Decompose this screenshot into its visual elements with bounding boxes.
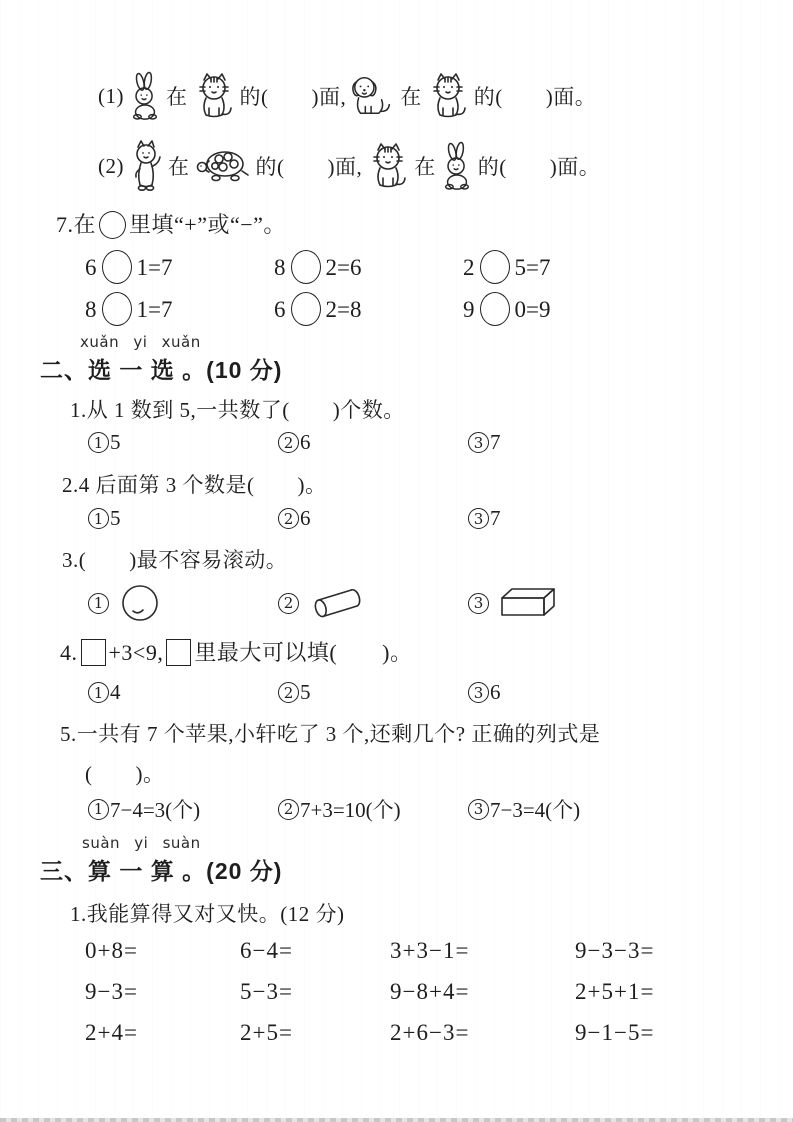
s3q1-calc-grid: 0+8= 6−4= 3+3−1= 9−3−3= 9−3= 5−3= 9−8+4=…: [85, 938, 654, 1046]
calc-item: 9−3=: [85, 979, 240, 1005]
calc-item: 9−8+4=: [390, 979, 575, 1005]
q7-header: 7.在里填“+”或“−”。: [56, 208, 286, 239]
s2q4-mid: +3<9,: [109, 640, 164, 665]
q6-line2-number: (2): [98, 154, 124, 179]
calc-item: 0+8=: [85, 938, 240, 964]
choice-option: 25: [278, 680, 468, 705]
circled-number: 2: [278, 508, 299, 529]
circled-number: 2: [278, 432, 299, 453]
s2q2-choices: 15 26 37: [88, 506, 658, 531]
choice-option: 26: [278, 506, 468, 531]
calc-item: 9−1−5=: [575, 1020, 654, 1046]
circled-number: 3: [468, 682, 489, 703]
choice-option: 26: [278, 430, 468, 455]
circled-number: 2: [278, 682, 299, 703]
s2q5-choices: 17−4=3(个) 27+3=10(个) 37−3=4(个): [88, 794, 658, 824]
choice-option: 14: [88, 680, 278, 705]
q6-line1-text1: 在: [166, 81, 188, 111]
circled-number: 3: [468, 593, 489, 614]
tiger-icon: [366, 142, 410, 190]
circled-number: 1: [88, 508, 109, 529]
q6-line1-text2: 的( )面,: [240, 81, 347, 111]
choice-option: 37−3=4(个): [468, 794, 658, 824]
section3-title: 三、算 一 算 。(20 分): [40, 853, 282, 886]
q7-equation: 81=7: [85, 292, 274, 326]
q6-line2-text2: 的( )面,: [256, 151, 363, 181]
s2q4-prefix: 4.: [60, 640, 78, 665]
s2q4-text: 4.+3<9,里最大可以填( )。: [60, 636, 412, 667]
turtle-icon: [194, 147, 252, 185]
q7-equation-row-1: 61=7 82=6 25=7: [85, 250, 652, 284]
q7-equation: 62=8: [274, 292, 463, 326]
choice-option: 2: [278, 581, 468, 625]
s3q1-text: 1.我能算得又对又快。(12 分): [70, 898, 345, 928]
blank-square: [166, 639, 191, 666]
section2-pinyin: xuǎn yi xuǎn: [80, 333, 201, 351]
blank-circle: [102, 250, 132, 284]
s2q3-choices: 1 2 3: [88, 580, 658, 626]
circled-number: 3: [468, 432, 489, 453]
blank-circle: [291, 292, 321, 326]
blank-square: [81, 639, 106, 666]
cylinder-icon: [308, 581, 368, 625]
q6-line1-text4: 的( )面。: [474, 81, 597, 111]
s2q4-choices: 14 25 36: [88, 680, 658, 705]
tiger-icon: [192, 72, 236, 120]
q6-line2-text4: 的( )面。: [478, 151, 601, 181]
q6-line-2: (2) 在 的( )面, 在: [98, 140, 600, 192]
choice-option: 15: [88, 430, 278, 455]
rabbit-icon: [128, 70, 162, 122]
circled-number: 3: [468, 799, 489, 820]
choice-option: 17−4=3(个): [88, 794, 278, 824]
calc-item: 2+4=: [85, 1020, 240, 1046]
s2q3-text: 3.( )最不容易滚动。: [62, 544, 287, 574]
q7-equation: 82=6: [274, 250, 463, 284]
q7-equation: 25=7: [463, 250, 652, 284]
q7-header-post: 里填“+”或“−”。: [129, 212, 286, 237]
choice-option: 1: [88, 580, 278, 626]
s2q1-choices: 15 26 37: [88, 430, 658, 455]
q6-line2-text3: 在: [414, 151, 436, 181]
q7-header-pre: 7.在: [56, 212, 96, 237]
q7-equation: 90=9: [463, 292, 652, 326]
calc-item: 2+5=: [240, 1020, 390, 1046]
q6-line1-text3: 在: [400, 81, 422, 111]
choice-option: 37: [468, 506, 658, 531]
s2q2-text: 2.4 后面第 3 个数是( )。: [62, 469, 327, 499]
calc-item: 3+3−1=: [390, 938, 575, 964]
cuboid-icon: [498, 584, 562, 622]
calc-item: 9−3−3=: [575, 938, 654, 964]
calc-item: 5−3=: [240, 979, 390, 1005]
blank-circle: [480, 292, 510, 326]
q6-line2-text1: 在: [168, 151, 190, 181]
circled-number: 1: [88, 593, 109, 614]
blank-circle: [480, 250, 510, 284]
choice-option: 3: [468, 584, 658, 622]
q7-equation-row-2: 81=7 62=8 90=9: [85, 292, 652, 326]
blank-circle: [291, 250, 321, 284]
section3-pinyin: suàn yi suàn: [82, 834, 201, 852]
section2-title: 二、选 一 选 。(10 分): [40, 352, 282, 385]
q6-line1-number: (1): [98, 84, 124, 109]
circled-number: 2: [278, 593, 299, 614]
q6-line-1: (1) 在 的( )面, 在: [98, 70, 596, 122]
sphere-icon: [118, 580, 164, 626]
page-bottom-edge: [0, 1118, 793, 1122]
s2q5-text-line1: 5.一共有 7 个苹果,小轩吃了 3 个,还剩几个? 正确的列式是: [60, 718, 600, 748]
worksheet-page: { "q6": { "lines": [ { "num": "(1)", "an…: [0, 0, 793, 1122]
calc-item: 2+6−3=: [390, 1020, 575, 1046]
s2q1-text: 1.从 1 数到 5,一共数了( )个数。: [70, 394, 405, 424]
circled-number: 1: [88, 799, 109, 820]
q7-equation: 61=7: [85, 250, 274, 284]
s2q4-tail: 里最大可以填( )。: [194, 640, 412, 665]
s2q5-text-line2: ( )。: [85, 758, 165, 788]
circled-number: 1: [88, 432, 109, 453]
tiger-icon: [426, 72, 470, 120]
blank-circle: [99, 211, 126, 239]
choice-option: 36: [468, 680, 658, 705]
rabbit-icon: [440, 140, 474, 192]
choice-option: 27+3=10(个): [278, 794, 468, 824]
calc-item: 6−4=: [240, 938, 390, 964]
circled-number: 1: [88, 682, 109, 703]
calc-item: 2+5+1=: [575, 979, 654, 1005]
blank-circle: [102, 292, 132, 326]
cat-icon: [128, 140, 164, 192]
dog-icon: [350, 74, 396, 118]
circled-number: 3: [468, 508, 489, 529]
choice-option: 15: [88, 506, 278, 531]
choice-option: 37: [468, 430, 658, 455]
circled-number: 2: [278, 799, 299, 820]
